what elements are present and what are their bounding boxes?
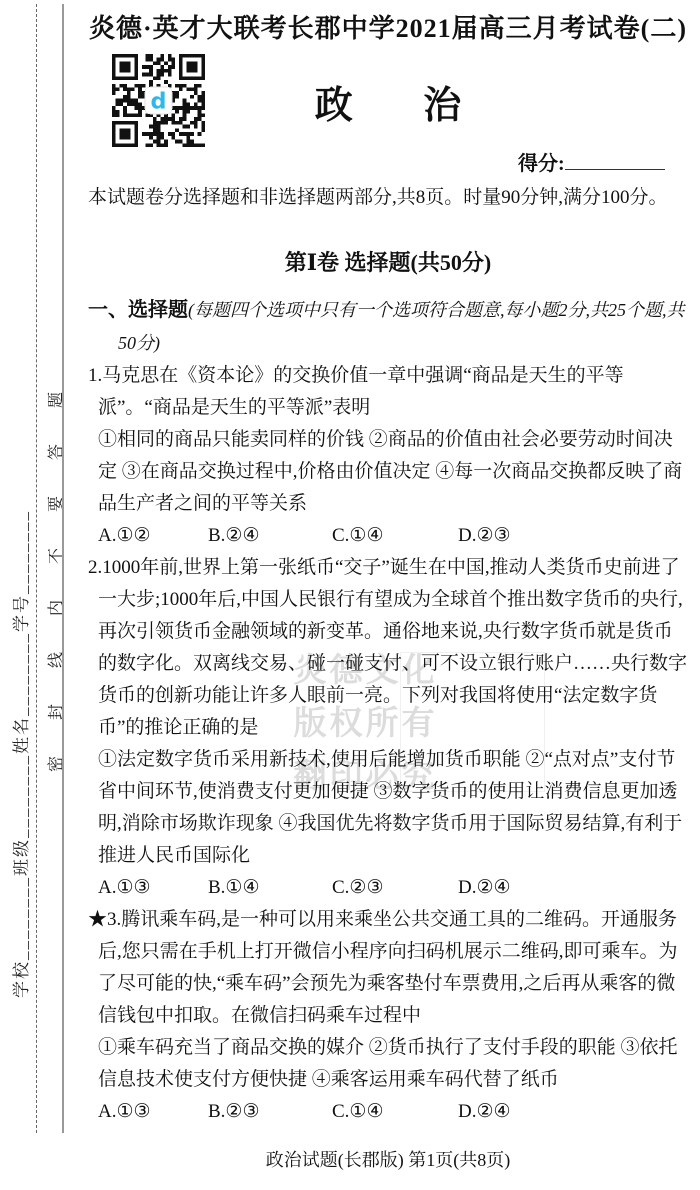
question-1: 1.马克思在《资本论》的交换价值一章中强调“商品是天生的平等派”。“商品是天生的… [88,360,688,552]
question-3: ★3.腾讯乘车码,是一种可以用来乘坐公共交通工具的二维码。开通服务后,您只需在手… [88,904,688,1128]
option-c: C.①④ [332,520,458,552]
question-items: ①乘车码充当了商品交换的媒介 ②货币执行了支付手段的职能 ③依托信息技术使支付方… [98,1032,688,1096]
option-d: D.②④ [458,872,511,904]
question-stem: 1.马克思在《资本论》的交换价值一章中强调“商品是天生的平等派”。“商品是天生的… [98,360,688,424]
part-1-heading: 一、选择题 [88,299,188,321]
sidebar-student-fields: 学校________班级________姓名________学号________ [7,98,32,998]
seal-dashed-line [36,4,37,1133]
question-stem: ★3.腾讯乘车码,是一种可以用来乘坐公共交通工具的二维码。开通服务后,您只需在手… [98,904,688,1032]
option-c: C.①④ [332,1096,458,1128]
option-d: D.②③ [458,520,511,552]
exam-instructions: 本试题卷分选择题和非选择题两部分,共8页。时量90分钟,满分100分。 [88,184,688,212]
score-label: 得分: [518,153,565,175]
question-number: ★3. [88,909,121,930]
section-1-title: 第Ⅰ卷 选择题(共50分) [88,246,688,277]
question-options: A.①② B.②④ C.①④ D.②③ [98,520,688,552]
question-number: 1. [88,365,102,386]
question-number: 2. [88,557,102,578]
page-title: 炎德·英才大联考长郡中学2021届高三月考试卷(二) [88,8,688,45]
score-blank-line [565,150,665,170]
question-area: 一、选择题(每题四个选项中只有一个选项符合题意,每小题2分,共25个题,共50分… [88,294,688,1128]
question-2: 2.1000年前,世界上第一张纸币“交子”诞生在中国,推动人类货币史前进了一大步… [88,552,688,904]
question-options: A.①③ B.②③ C.①④ D.②④ [98,1096,688,1128]
part-1-directions: 一、选择题(每题四个选项中只有一个选项符合题意,每小题2分,共25个题,共50分… [88,294,688,360]
question-items: ①相同的商品只能卖同样的价钱 ②商品的价值由社会必要劳动时间决定 ③在商品交换过… [98,424,688,520]
option-b: B.①④ [208,872,332,904]
part-1-note: (每题四个选项中只有一个选项符合题意,每小题2分,共25个题,共50分) [118,300,685,353]
option-a: A.①② [98,520,208,552]
option-b: B.②④ [208,520,332,552]
option-a: A.①③ [98,1096,208,1128]
option-c: C.②③ [332,872,458,904]
subject-title: 政 治 [88,74,688,129]
question-stem: 2.1000年前,世界上第一张纸币“交子”诞生在中国,推动人类货币史前进了一大步… [98,552,688,744]
score-block: 得分: [518,147,665,176]
option-d: D.②④ [458,1096,511,1128]
option-b: B.②③ [208,1096,332,1128]
question-items: ①法定数字货币采用新技术,使用后能增加货币职能 ②“点对点”支付节省中间环节,使… [98,744,688,872]
option-a: A.①③ [98,872,208,904]
exam-page: 炎德·英才大联考长郡中学2021届高三月考试卷(二) d 政 治 得分: 本试题… [88,0,688,1190]
margin-border-line [62,4,64,1133]
question-options: A.①③ B.①④ C.②③ D.②④ [98,872,688,904]
page-footer: 政治试题(长郡版) 第1页(共8页) [88,1146,688,1172]
